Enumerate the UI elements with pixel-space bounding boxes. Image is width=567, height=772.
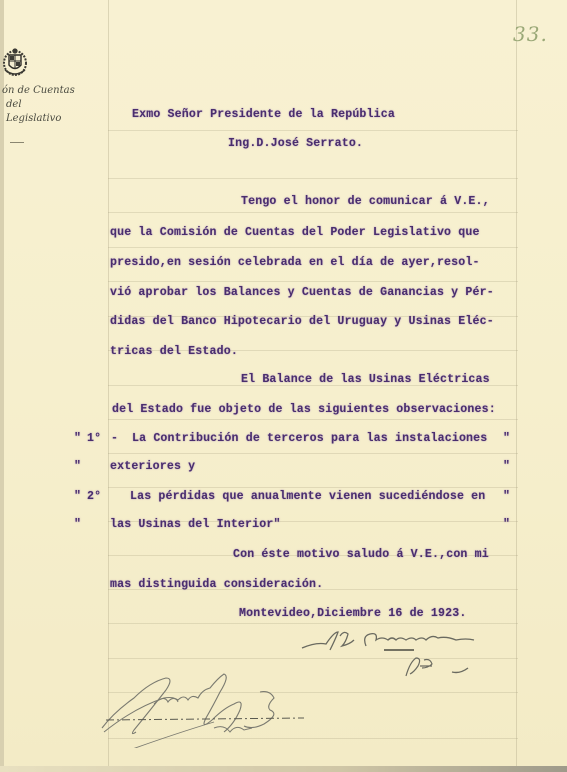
observation-open-quote: " [74, 460, 81, 473]
observation-dash: - [111, 432, 118, 445]
closing-line: mas distinguida consideración. [110, 578, 323, 591]
coat-of-arms-icon [2, 46, 30, 78]
observation-open-quote: " [74, 490, 81, 503]
observation-text: las Usinas del Interior" [110, 518, 281, 531]
observation-open-quote: " [74, 432, 81, 445]
letterhead-line: Legislativo [2, 112, 75, 126]
letterhead: ón de Cuentas del Legislativo [2, 84, 75, 126]
observation-number: 1° [87, 432, 101, 445]
observation-close-quote: " [503, 518, 510, 531]
ruled-line [108, 130, 518, 131]
letterhead-line: ón de Cuentas [2, 84, 75, 98]
ruled-line [108, 212, 518, 213]
observation-number: 2° [87, 490, 101, 503]
salutation-line-2: Ing.D.José Serrato. [228, 137, 363, 150]
body-line: que la Comisión de Cuentas del Poder Leg… [110, 226, 480, 239]
body-line: vió aprobar los Balances y Cuentas de Ga… [110, 286, 494, 299]
body-line: del Estado fue objeto de las siguientes … [112, 403, 496, 416]
observation-text: exteriores y [110, 460, 195, 473]
place-date: Montevideo,Diciembre 16 de 1923. [239, 607, 466, 620]
ruled-line [108, 487, 518, 488]
body-line: tricas del Estado. [110, 345, 238, 358]
ruled-line [108, 419, 518, 420]
observation-text: La Contribución de terceros para las ins… [132, 432, 487, 445]
letterhead-line: del [2, 98, 75, 112]
ruled-line [108, 247, 518, 248]
letterhead-rule [10, 142, 24, 143]
observation-open-quote: " [74, 518, 81, 531]
letter-page: 33. ón de Cuentas del Legislativo Exmo S… [0, 0, 567, 772]
observation-close-quote: " [503, 432, 510, 445]
page-bottom-edge [0, 766, 567, 772]
body-line: Tengo el honor de comunicar á V.E., [241, 195, 490, 208]
ruled-line [108, 281, 518, 282]
president-signature [296, 628, 486, 688]
body-line: El Balance de las Usinas Eléctricas [241, 373, 490, 386]
body-line: presido,en sesión celebrada en el día de… [110, 256, 480, 269]
ruled-line [108, 453, 518, 454]
observation-text: Las pérdidas que anualmente vienen suced… [130, 490, 485, 503]
ruled-line [108, 178, 518, 179]
salutation-line-1: Exmo Señor Presidente de la República [132, 108, 395, 121]
body-line: didas del Banco Hipotecario del Uruguay … [110, 315, 494, 328]
observation-close-quote: " [503, 460, 510, 473]
folio-number: 33. [513, 22, 548, 46]
observation-close-quote: " [503, 490, 510, 503]
secretary-signature [94, 668, 324, 748]
margin-rule-left [108, 0, 109, 772]
closing-line: Con éste motivo saludo á V.E.,con mi [233, 548, 489, 561]
ruled-line [108, 623, 518, 624]
margin-rule-right [516, 0, 517, 772]
